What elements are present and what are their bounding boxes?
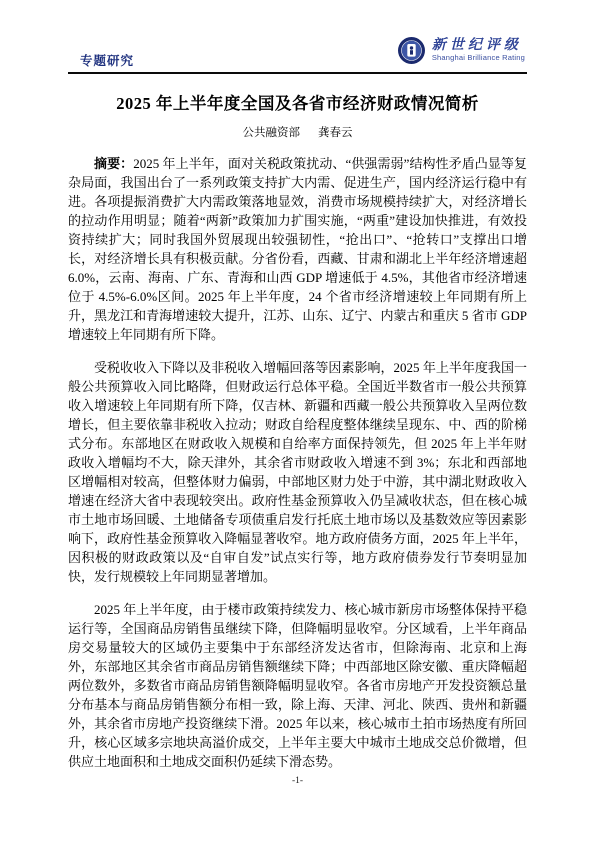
brand-name-en: Shanghai Brilliance Rating [432, 54, 525, 63]
abstract-label: 摘要： [94, 156, 133, 171]
byline-author: 龚春云 [318, 124, 353, 140]
document-title: 2025 年上半年度全国及各省市经济财政情况简析 [68, 90, 527, 114]
byline: 公共融资部 龚春云 [68, 124, 527, 140]
abstract-paragraph: 摘要：2025 年上半年，面对关税政策扰动、“供强需弱”结构性矛盾凸显等复杂局面… [68, 154, 527, 344]
page-header: 专题研究 新世纪评级 Shanghai Brilliance Rating [68, 0, 527, 74]
document-page: 专题研究 新世纪评级 Shanghai Brilliance Rating 20… [0, 0, 595, 841]
body-paragraph-fiscal: 受税收收入下降以及非税收入增幅回落等因素影响，2025 年上半年度我国一般公共预… [68, 358, 527, 586]
document-body: 2025 年上半年度全国及各省市经济财政情况简析 公共融资部 龚春云 摘要：20… [68, 72, 527, 771]
brand-logo-icon [398, 37, 425, 64]
brand-text: 新世纪评级 Shanghai Brilliance Rating [432, 38, 525, 63]
byline-department: 公共融资部 [243, 124, 301, 140]
page-number: -1- [292, 776, 303, 786]
report-category-label: 专题研究 [80, 51, 134, 69]
brand-name-cn: 新世纪评级 [432, 38, 525, 54]
page-footer: -1- [0, 776, 595, 786]
body-paragraph-property: 2025 年上半年度，由于楼市政策持续发力、核心城市新房市场整体保持平稳运行等，… [68, 600, 527, 771]
brand-block: 新世纪评级 Shanghai Brilliance Rating [398, 37, 525, 64]
abstract-text: 2025 年上半年，面对关税政策扰动、“供强需弱”结构性矛盾凸显等复杂局面，我国… [68, 156, 527, 342]
